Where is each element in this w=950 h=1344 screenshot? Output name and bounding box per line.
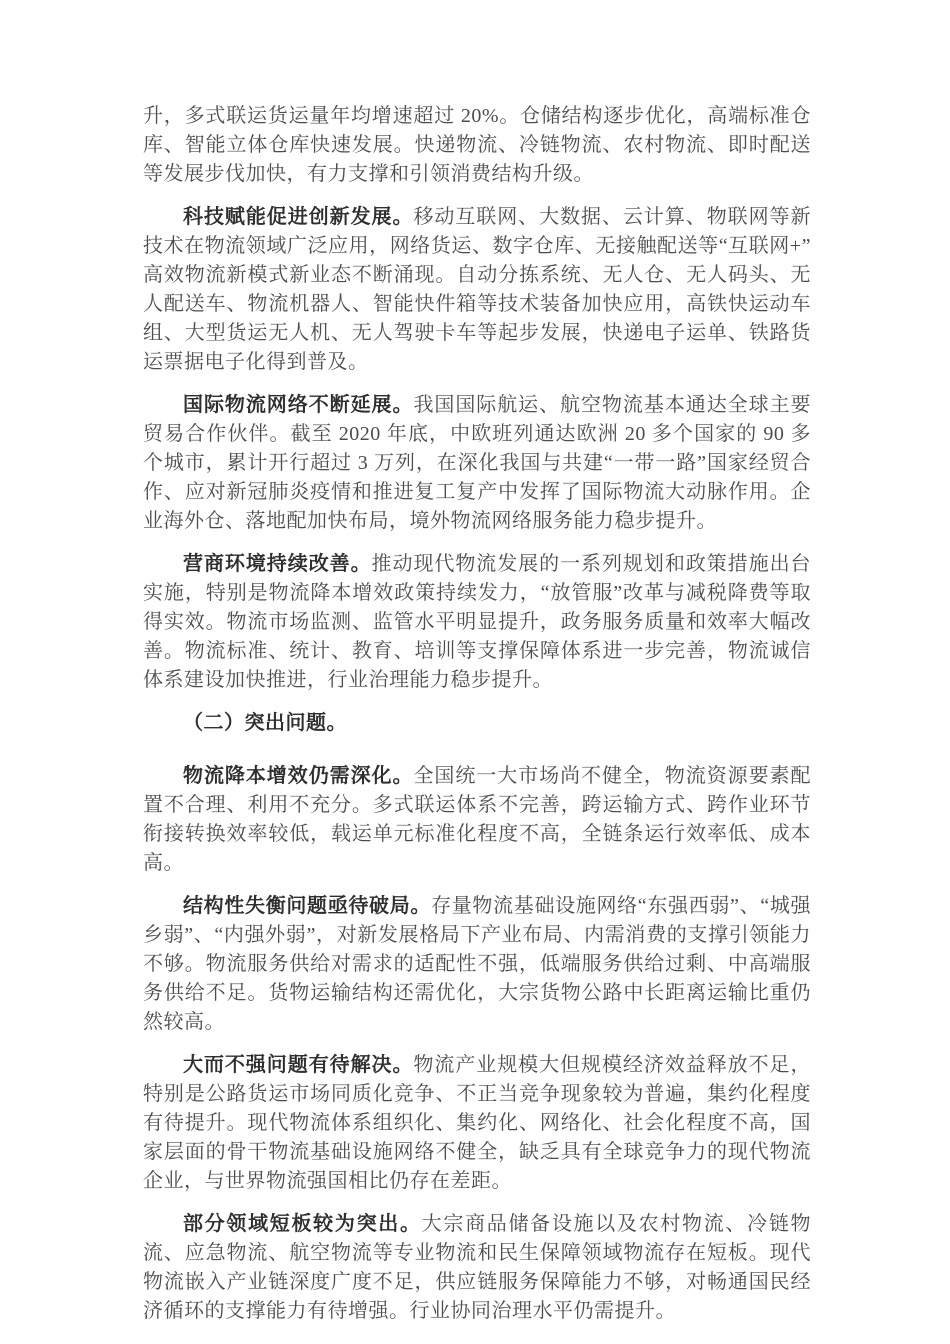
paragraph-lead: 结构性失衡问题亟待破局。 (183, 895, 431, 917)
section-heading: （二）突出问题。 (143, 709, 811, 738)
paragraph: 科技赋能促进创新发展。移动互联网、大数据、云计算、物联网等新技术在物流领域广泛应… (143, 203, 811, 377)
paragraph-lead: 物流降本增效仍需深化。 (183, 765, 413, 787)
paragraph: 国际物流网络不断延展。我国国际航运、航空物流基本通达全球主要贸易合作伙伴。截至 … (143, 391, 811, 536)
paragraph-lead: 大而不强问题有待解决。 (183, 1054, 413, 1076)
section-heading-label: （二）突出问题。 (183, 712, 347, 734)
paragraph-text: 升，多式联运货运量年均增速超过 20%。仓储结构逐步优化，高端标准仓库、智能立体… (143, 105, 811, 185)
paragraph: 营商环境持续改善。推动现代物流发展的一系列规划和政策措施出台实施，特别是物流降本… (143, 550, 811, 695)
paragraph-lead: 营商环境持续改善。 (183, 553, 372, 575)
paragraph: 部分领域短板较为突出。大宗商品储备设施以及农村物流、冷链物流、应急物流、航空物流… (143, 1210, 811, 1326)
paragraph: 升，多式联运货运量年均增速超过 20%。仓储结构逐步优化，高端标准仓库、智能立体… (143, 102, 811, 189)
paragraph-lead: 部分领域短板较为突出。 (183, 1213, 422, 1235)
paragraph-lead: 国际物流网络不断延展。 (183, 394, 413, 416)
paragraph: 结构性失衡问题亟待破局。存量物流基础设施网络“东强西弱”、“城强乡弱”、“内强外… (143, 892, 811, 1037)
paragraph: 大而不强问题有待解决。物流产业规模大但规模经济效益释放不足，特别是公路货运市场同… (143, 1051, 811, 1196)
paragraph-text: 移动互联网、大数据、云计算、物联网等新技术在物流领域广泛应用，网络货运、数字仓库… (143, 206, 811, 373)
paragraph-lead: 科技赋能促进创新发展。 (183, 206, 413, 228)
document-page: 升，多式联运货运量年均增速超过 20%。仓储结构逐步优化，高端标准仓库、智能立体… (0, 0, 950, 1344)
paragraph: 物流降本增效仍需深化。全国统一大市场尚不健全，物流资源要素配置不合理、利用不充分… (143, 762, 811, 878)
